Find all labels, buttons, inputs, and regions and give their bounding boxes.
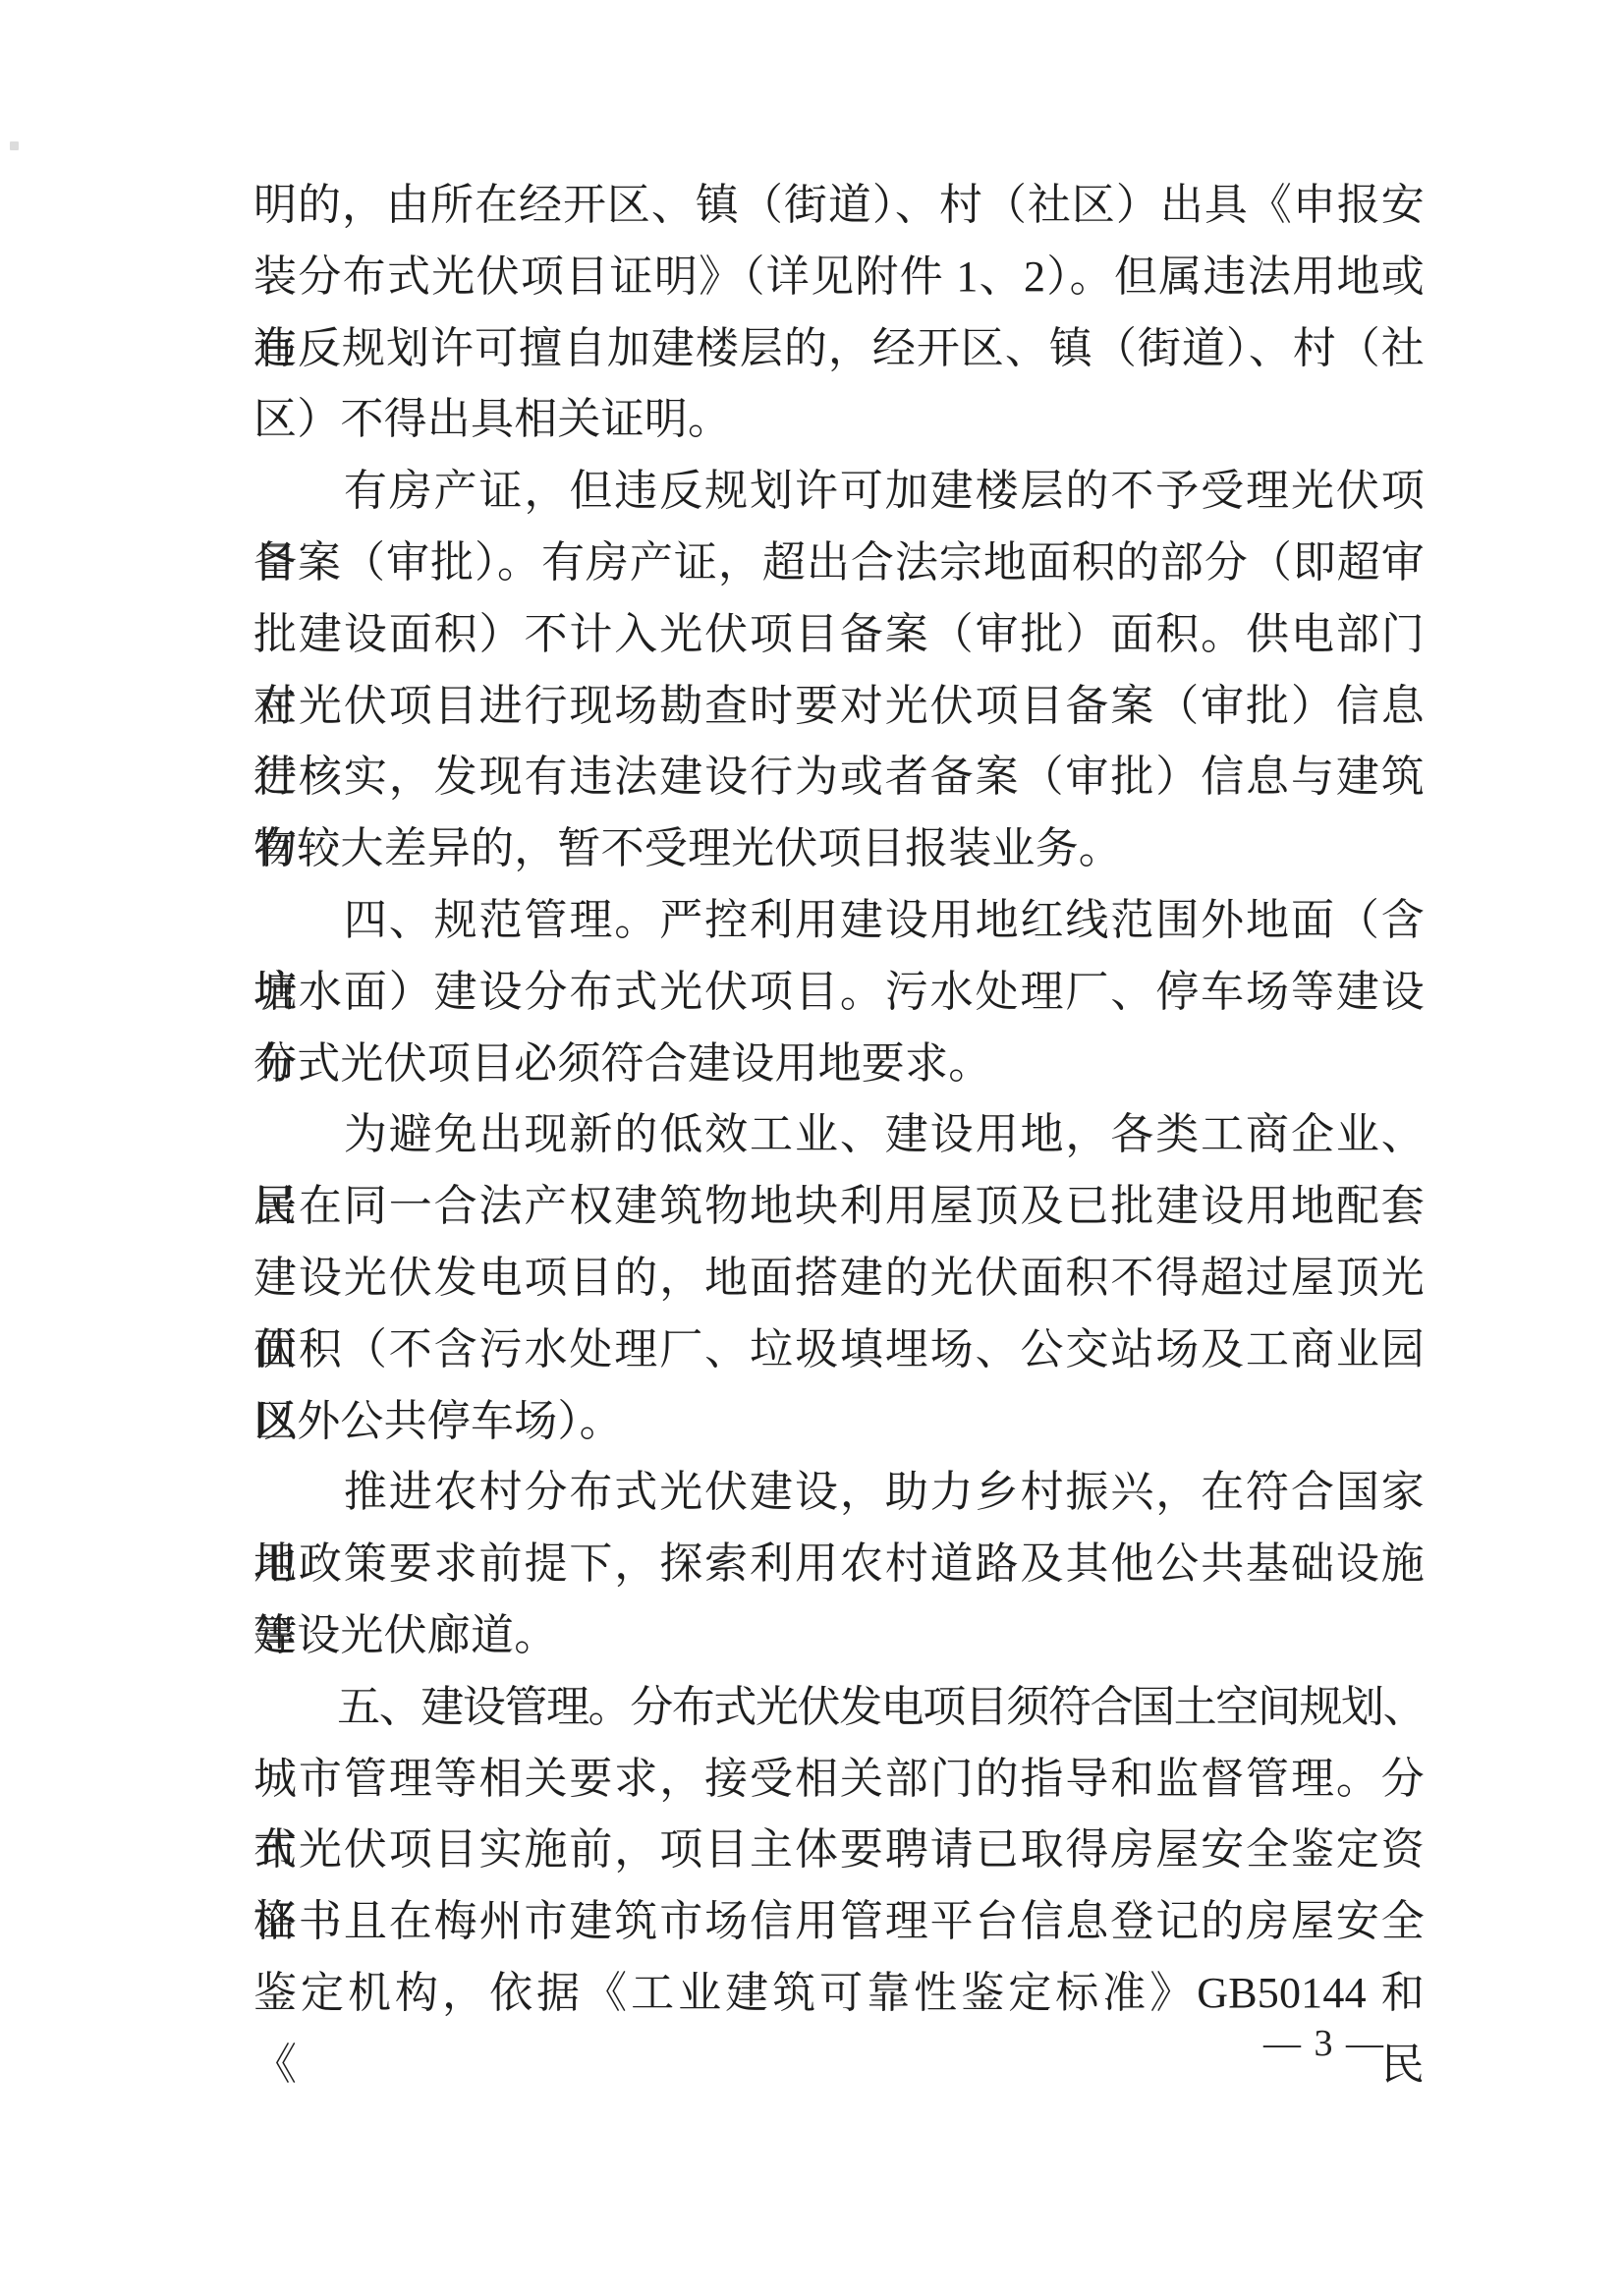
page-number: — 3 —	[1263, 2022, 1385, 2065]
text-line: 批建设面积）不计入光伏项目备案（审批）面积。供电部门在	[253, 599, 1425, 671]
text-line: 地政策要求前提下，探索利用农村道路及其他公共基础设施等	[253, 1529, 1425, 1600]
text-line: 对光伏项目进行现场勘查时要对光伏项目备案（审批）信息进	[253, 671, 1425, 743]
text-line: 五、建设管理。分布式光伏发电项目须符合国土空间规划、	[253, 1672, 1425, 1744]
text-line: 有房产证，但违反规划许可加建楼层的不予受理光伏项目	[253, 456, 1425, 528]
text-line: 证书且在梅州市建筑市场信用管理平台信息登记的房屋安全	[253, 1886, 1425, 1958]
text-line: 面积（不含污水处理厂、垃圾填埋场、公交站场及工商业园区	[253, 1315, 1425, 1386]
text-line: 式光伏项目实施前，项目主体要聘请已取得房屋安全鉴定资格	[253, 1815, 1425, 1886]
text-line: 违反规划许可擅自加建楼层的，经开区、镇（街道）、村（社	[253, 313, 1425, 385]
text-line: 塘水面）建设分布式光伏项目。污水处理厂、停车场等建设分	[253, 957, 1425, 1029]
text-line: 行核实，发现有违法建设行为或者备案（审批）信息与建筑物	[253, 742, 1425, 813]
text-line: 鉴定机构，依据《工业建筑可靠性鉴定标准》GB50144 和《民	[253, 1958, 1425, 2030]
scan-artifact	[10, 141, 19, 150]
text-line: 备案（审批）。有房产证，超出合法宗地面积的部分（即超审	[253, 528, 1425, 599]
text-line: 有较大差异的，暂不受理光伏项目报装业务。	[253, 813, 1425, 885]
text-line: 建设光伏发电项目的，地面搭建的光伏面积不得超过屋顶光伏	[253, 1243, 1425, 1315]
text-line: 明的，由所在经开区、镇（街道）、村（社区）出具《申报安	[253, 170, 1425, 242]
text-line: 布式光伏项目必须符合建设用地要求。	[253, 1029, 1425, 1100]
text-line: 城市管理等相关要求，接受相关部门的指导和监督管理。分布	[253, 1744, 1425, 1816]
document-text-block: 明的，由所在经开区、镇（街道）、村（社区）出具《申报安 装分布式光伏项目证明》（…	[253, 170, 1425, 2030]
scanned-document-page: 明的，由所在经开区、镇（街道）、村（社区）出具《申报安 装分布式光伏项目证明》（…	[0, 0, 1624, 2295]
text-line: 区）不得出具相关证明。	[253, 384, 1425, 456]
text-line: 装分布式光伏项目证明》（详见附件 1、2）。但属违法用地或有	[253, 242, 1425, 313]
text-line: 四、规范管理。严控利用建设用地红线范围外地面（含坑	[253, 885, 1425, 957]
text-line: 推进农村分布式光伏建设，助力乡村振兴，在符合国家用	[253, 1457, 1425, 1529]
text-line: 民在同一合法产权建筑物地块利用屋顶及已批建设用地配套	[253, 1171, 1425, 1243]
text-line: 以外公共停车场）。	[253, 1386, 1425, 1458]
text-line: 为避免出现新的低效工业、建设用地，各类工商企业、居	[253, 1099, 1425, 1171]
text-line: 建设光伏廊道。	[253, 1600, 1425, 1672]
